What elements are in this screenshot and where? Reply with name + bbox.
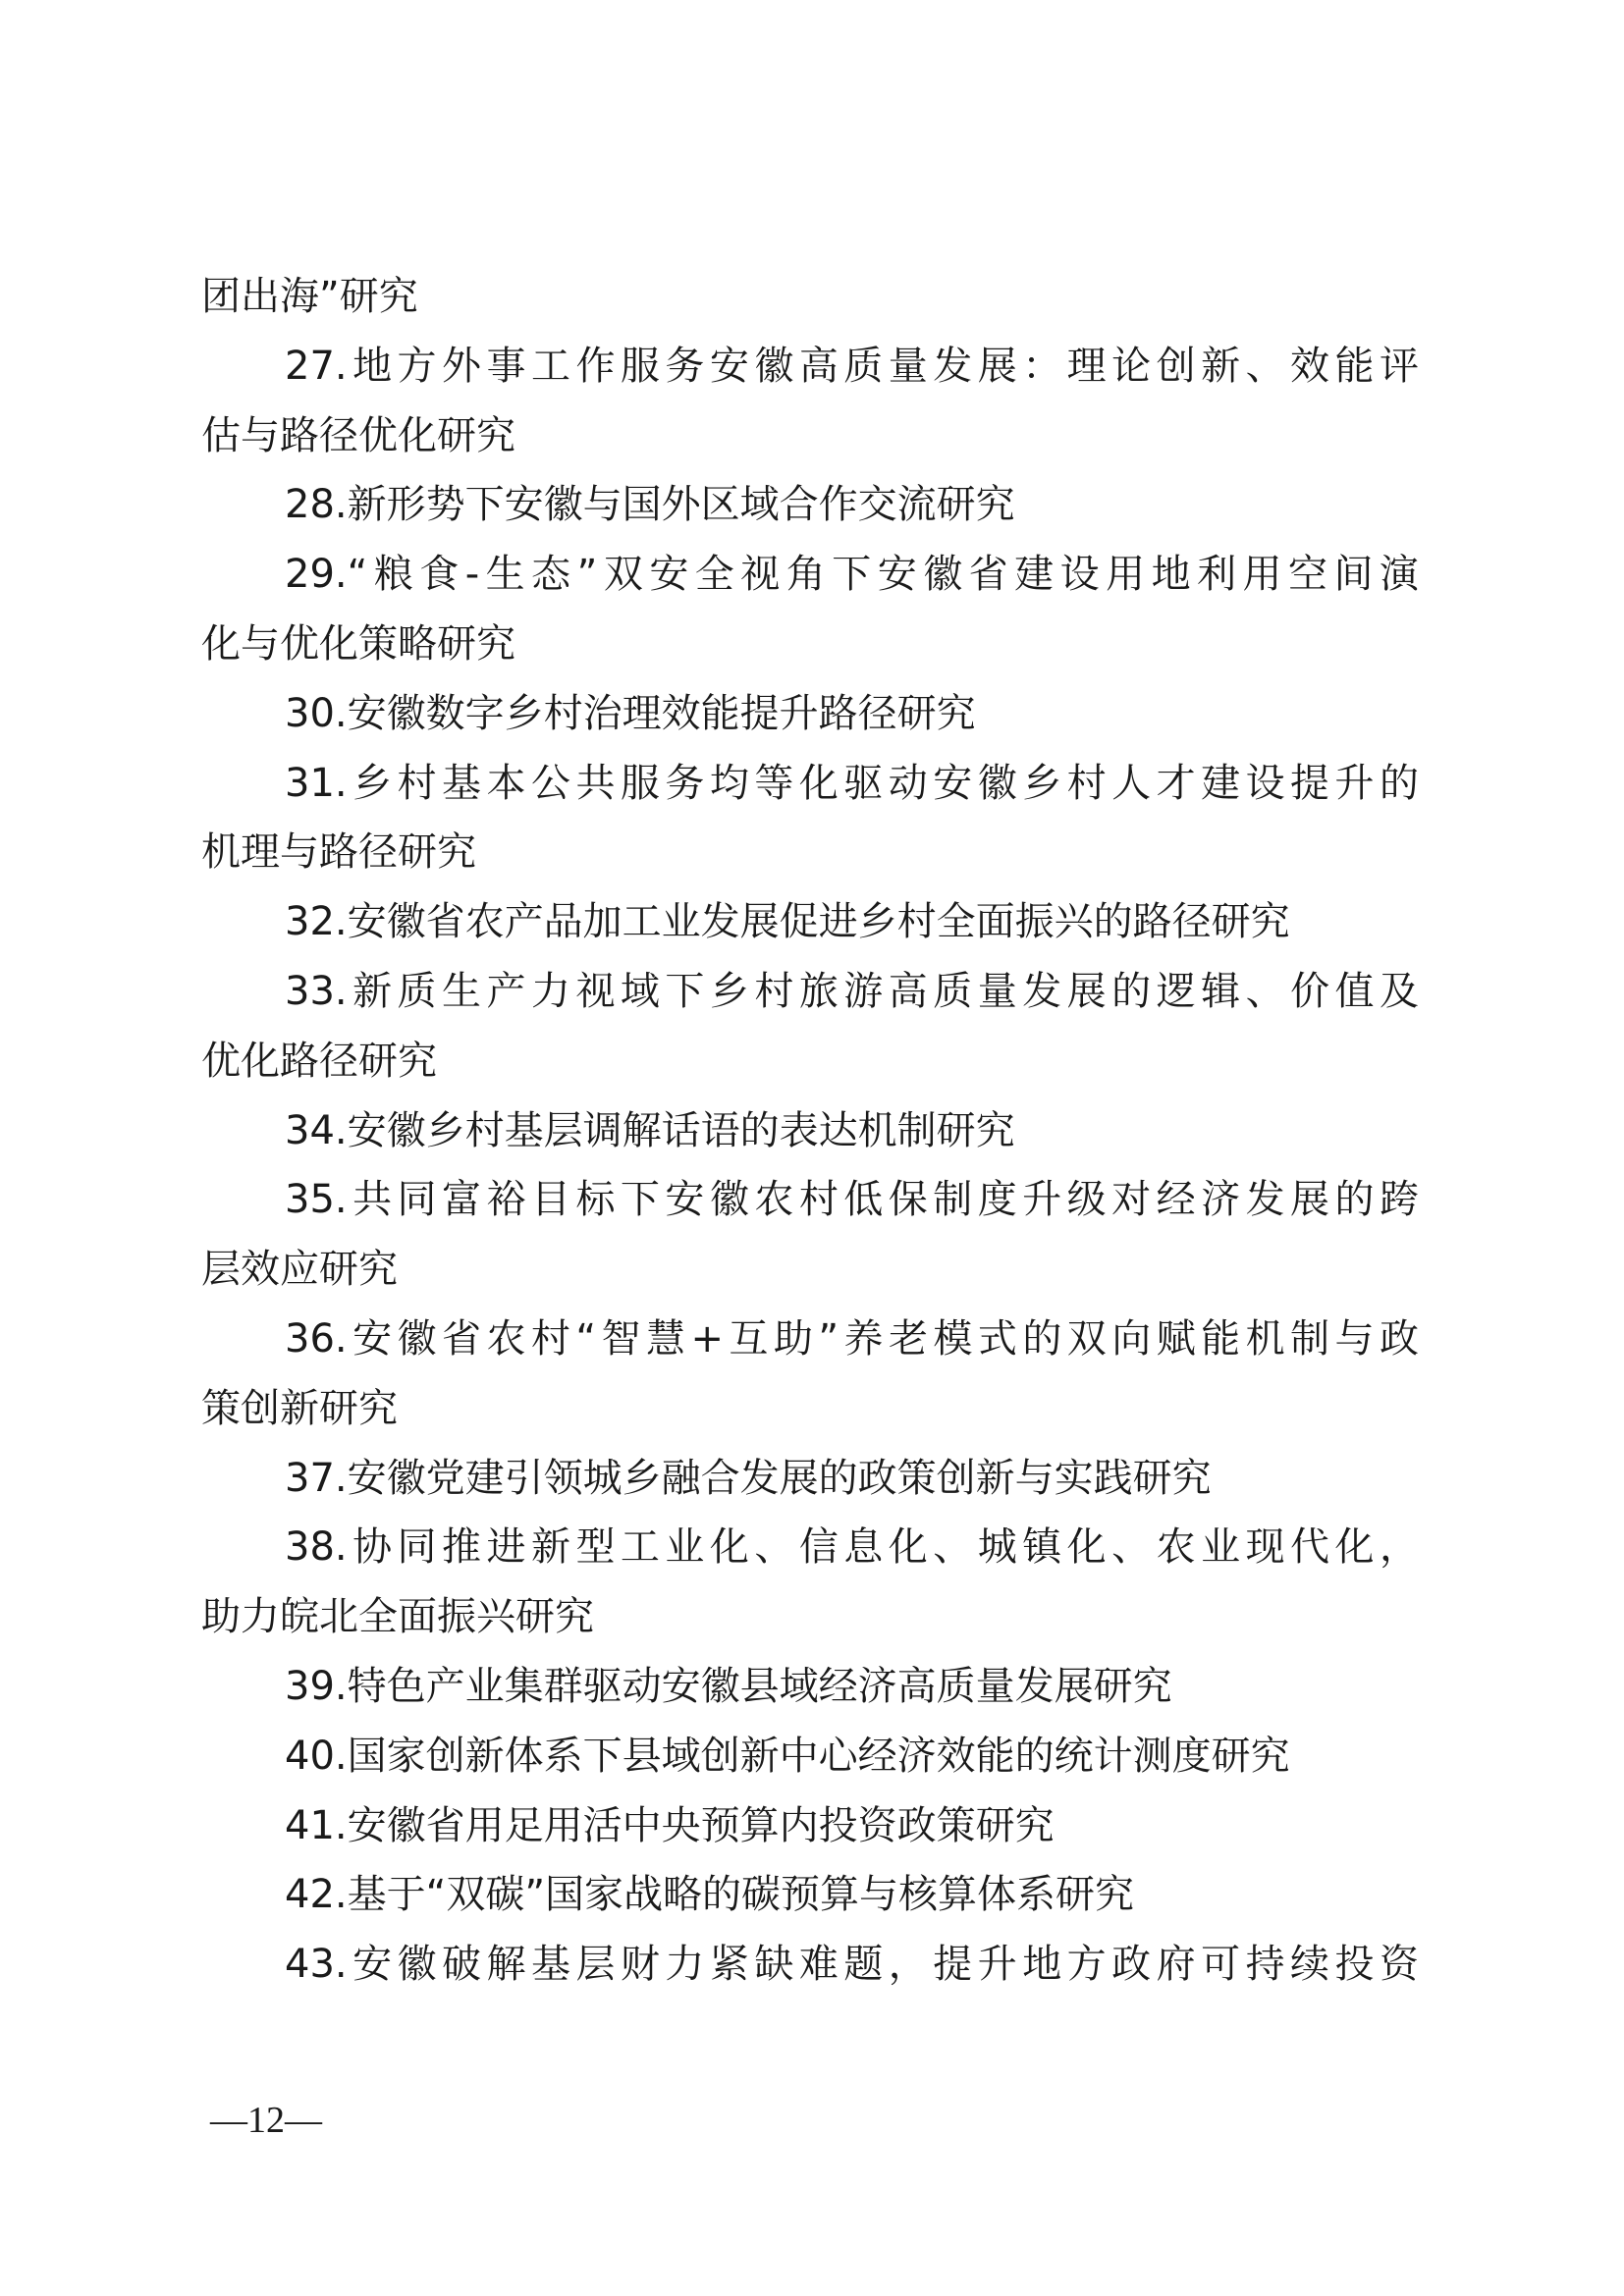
topic-item-41: 41.安徽省用足用活中央预算内投资政策研究: [201, 1791, 1419, 1861]
topic-item-39: 39.特色产业集群驱动安徽县域经济高质量发展研究: [201, 1652, 1419, 1722]
topic-item-34: 34.安徽乡村基层调解话语的表达机制研究: [201, 1096, 1419, 1166]
topic-line-continuation: 估与路径优化研究: [201, 401, 1419, 471]
topic-line-continuation: 策创新研究: [201, 1374, 1419, 1444]
topic-list: 团出海”研究 27.地方外事工作服务安徽高质量发展：理论创新、效能评 估与路径优…: [201, 262, 1419, 2000]
topic-line-continuation: 化与优化策略研究: [201, 610, 1419, 679]
topic-line-continuation: 层效应研究: [201, 1235, 1419, 1305]
topic-item-42: 42.基于“双碳”国家战略的碳预算与核算体系研究: [201, 1860, 1419, 1930]
topic-item-32: 32.安徽省农产品加工业发展促进乡村全面振兴的路径研究: [201, 887, 1419, 957]
topic-line-continuation: 机理与路径研究: [201, 818, 1419, 887]
topic-item-35: 35.共同富裕目标下安徽农村低保制度升级对经济发展的跨: [201, 1165, 1419, 1235]
page-number: —12—: [210, 2099, 322, 2142]
topic-item-28: 28.新形势下安徽与国外区域合作交流研究: [201, 470, 1419, 540]
topic-item-30: 30.安徽数字乡村治理效能提升路径研究: [201, 679, 1419, 749]
topic-item-31: 31.乡村基本公共服务均等化驱动安徽乡村人才建设提升的: [201, 749, 1419, 819]
topic-item-36: 36.安徽省农村“智慧+互助”养老模式的双向赋能机制与政: [201, 1305, 1419, 1374]
topic-line-continuation: 团出海”研究: [201, 262, 1419, 332]
topic-item-40: 40.国家创新体系下县域创新中心经济效能的统计测度研究: [201, 1722, 1419, 1791]
topic-item-37: 37.安徽党建引领城乡融合发展的政策创新与实践研究: [201, 1444, 1419, 1514]
topic-item-29: 29.“粮食-生态”双安全视角下安徽省建设用地利用空间演: [201, 540, 1419, 610]
topic-item-43: 43.安徽破解基层财力紧缺难题，提升地方政府可持续投资: [201, 1930, 1419, 2000]
document-page: 团出海”研究 27.地方外事工作服务安徽高质量发展：理论创新、效能评 估与路径优…: [0, 0, 1624, 2296]
topic-line-continuation: 优化路径研究: [201, 1027, 1419, 1096]
topic-item-38: 38.协同推进新型工业化、信息化、城镇化、农业现代化，: [201, 1513, 1419, 1582]
topic-line-continuation: 助力皖北全面振兴研究: [201, 1582, 1419, 1652]
topic-item-27: 27.地方外事工作服务安徽高质量发展：理论创新、效能评: [201, 332, 1419, 401]
topic-item-33: 33.新质生产力视域下乡村旅游高质量发展的逻辑、价值及: [201, 957, 1419, 1027]
